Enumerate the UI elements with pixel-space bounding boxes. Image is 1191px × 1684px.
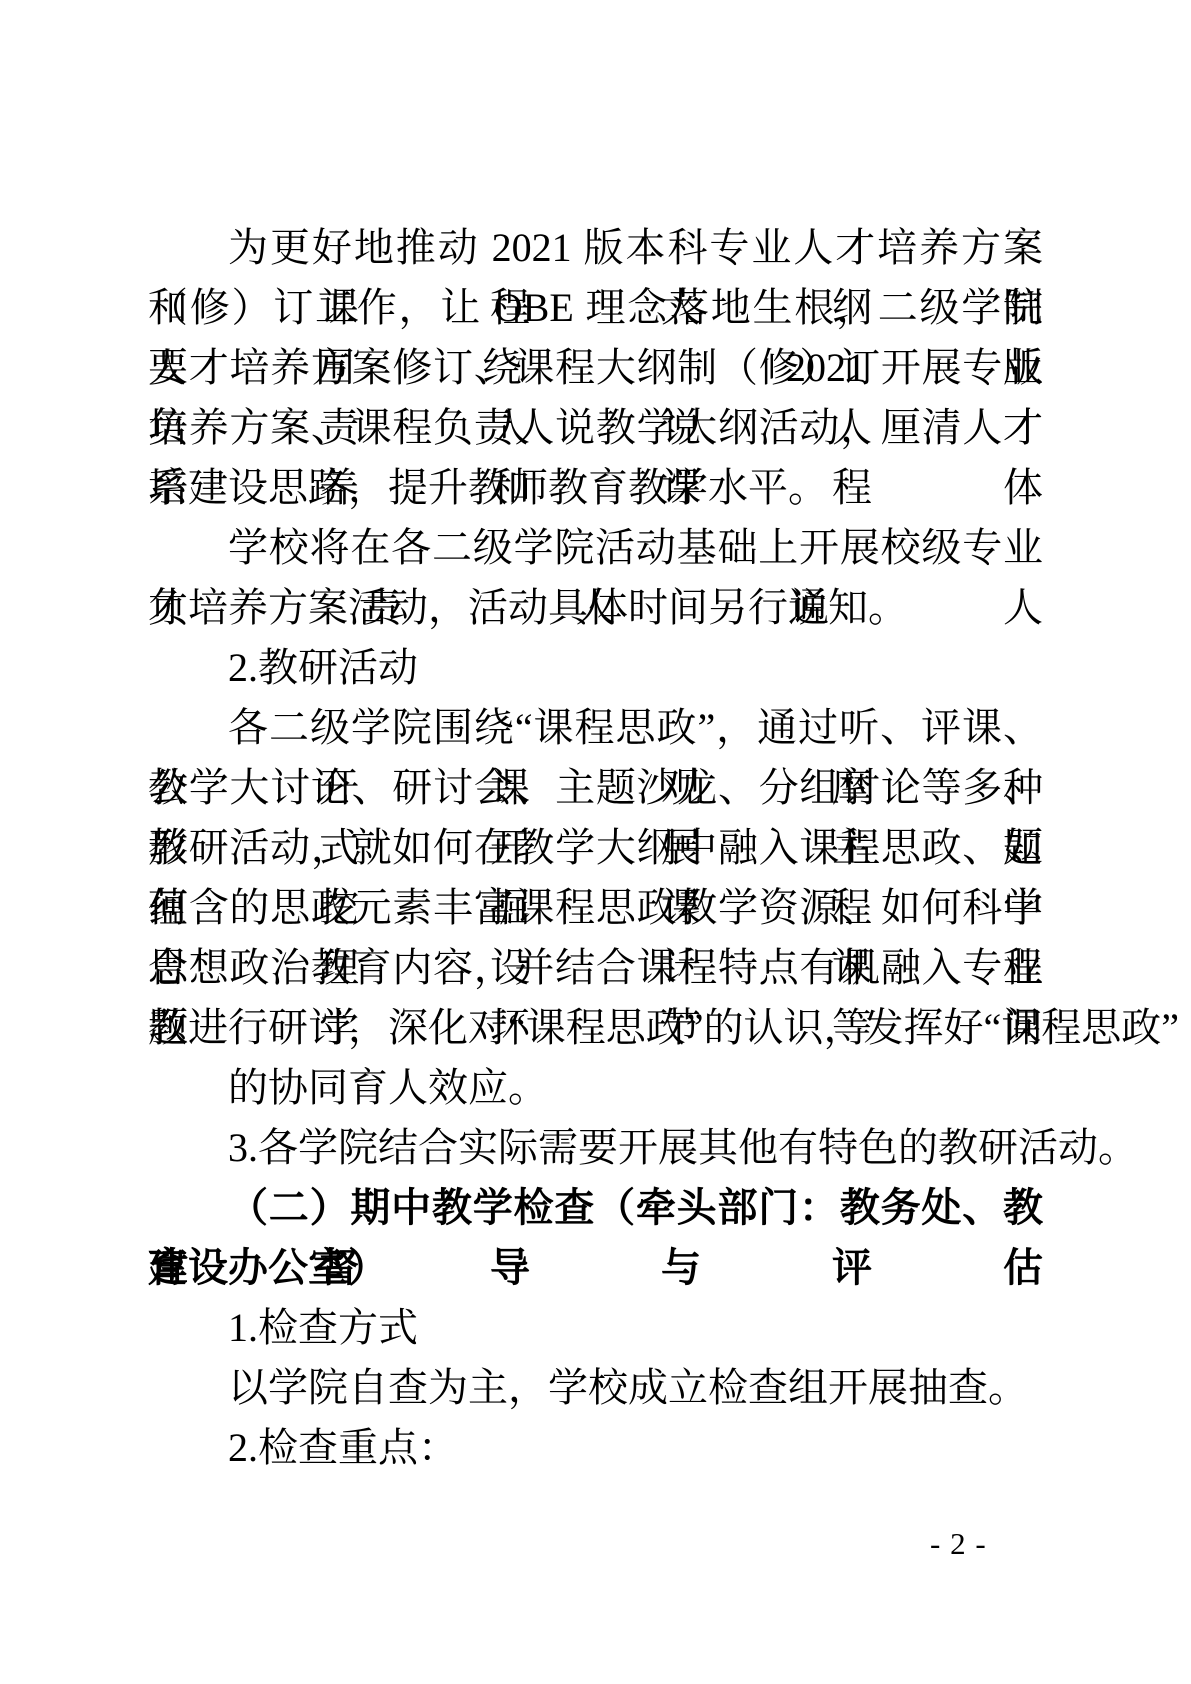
text-line: 教研活动，就如何在教学大纲中融入课程思政、如何挖掘课程中 [148,818,1043,878]
text-line: 以学院自查为主，学校成立检查组开展抽查。 [148,1358,1043,1418]
text-line: 1.检查方式 [148,1298,1043,1358]
page-number: - 2 - [930,1524,987,1564]
text-line: 各二级学院围绕“课程思政”，通过听、评课、公开课观摩、 [148,698,1043,758]
text-line: 蕴含的思政元素丰富课程思政教学资源、如何科学合理设计课程 [148,878,1043,938]
text-line: 题进行研讨，深化对“课程思政”的认识，发挥好“课程思政” [148,998,1043,1058]
document-body: 为更好地推动 2021 版本科专业人才培养方案和课程大纲制 （修）订工作，让 O… [148,218,1043,1478]
document-page: 为更好地推动 2021 版本科专业人才培养方案和课程大纲制 （修）订工作，让 O… [0,0,1191,1684]
text-line: 为更好地推动 2021 版本科专业人才培养方案和课程大纲制 [148,218,1043,278]
text-line: 3.各学院结合实际需要开展其他有特色的教研活动。 [148,1118,1043,1178]
text-line: （修）订工作，让 OBE 理念落地生根，二级学院要围绕 2021 版 [148,278,1043,338]
text-line: 学校将在各二级学院活动基础上开展校级专业负责人说人 [148,518,1043,578]
section-heading-line: （二）期中教学检查（牵头部门：教务处、教育督导与评估 [148,1178,1043,1238]
text-line: 培养方案、课程负责人说教学大纲活动，厘清人才培养和课程体 [148,398,1043,458]
text-line: 教学大讨论、研讨会、主题沙龙、分组讨论等多种形式开展主题 [148,758,1043,818]
text-line: 的协同育人效应。 [148,1058,1043,1118]
text-line: 思想政治教育内容，并结合课程特点有机融入专业教学环节等问 [148,938,1043,998]
text-line: 2.检查重点： [148,1418,1043,1478]
text-line: 2.教研活动 [148,638,1043,698]
text-line: 人才培养方案修订、课程大纲制（修）订开展专业负责人说人才 [148,338,1043,398]
